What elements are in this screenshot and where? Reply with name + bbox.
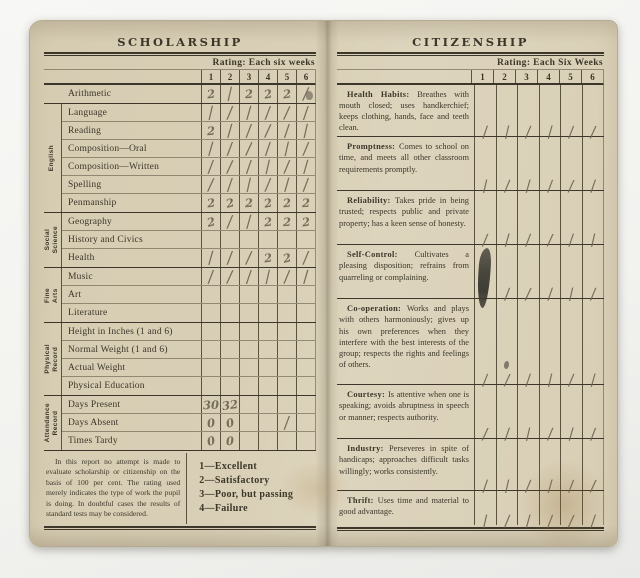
rating-cell: /	[201, 140, 220, 157]
rating-cell: /	[296, 268, 315, 285]
handwritten-mark: /	[483, 380, 488, 381]
rating-cells: 00	[201, 432, 316, 450]
group-label: English	[44, 104, 62, 212]
handwritten-mark: /	[547, 486, 552, 487]
rating-cells	[201, 231, 316, 248]
handwritten-mark: /	[246, 130, 251, 131]
handwritten-mark: 32	[222, 403, 238, 405]
rating-cell: /	[474, 491, 496, 525]
rating-cell	[277, 304, 296, 322]
subject-group: PhysicalRecordHeight in Inches (1 and 6)…	[44, 323, 316, 396]
rating-cell: /	[474, 191, 496, 244]
rating-cell: /	[296, 104, 315, 121]
rating-cell: /	[496, 299, 518, 384]
subject-row: Arithmetic2/222/	[44, 85, 316, 103]
group-label: PhysicalRecord	[44, 323, 62, 395]
subject-row: Literature	[62, 304, 316, 322]
rating-cell: /	[258, 140, 277, 157]
week-column-number: 4	[258, 70, 277, 83]
rating-cell: /	[296, 158, 315, 175]
rating-cell	[258, 304, 277, 322]
rating-cell: /	[277, 176, 296, 193]
rating-cell: /	[239, 268, 258, 285]
group-rows: Arithmetic2/222/	[44, 85, 316, 103]
item-description: Co-operation: Works and plays with other…	[337, 299, 474, 384]
legend-item: 1—Excellent	[199, 461, 316, 472]
handwritten-mark: /	[284, 422, 289, 423]
rating-cell	[239, 359, 258, 376]
handwritten-mark: /	[284, 130, 289, 131]
item-description: Health Habits: Breathes with mouth close…	[337, 85, 474, 136]
handwritten-mark: /	[208, 166, 213, 167]
rating-cell: 2	[239, 85, 258, 103]
rating-cell: /	[277, 158, 296, 175]
handwritten-mark: 2	[283, 203, 291, 204]
handwritten-mark: /	[526, 240, 531, 241]
handwritten-mark: /	[504, 486, 509, 487]
rating-cell	[258, 432, 277, 450]
subject-group: EnglishLanguage//////Reading2/////Compos…	[44, 104, 316, 213]
rating-cell: /	[517, 385, 539, 438]
rating-cell	[296, 359, 315, 376]
rating-cell	[258, 286, 277, 303]
rating-cell: /	[220, 85, 239, 103]
rating-cell	[220, 359, 239, 376]
rating-cell: /	[201, 104, 220, 121]
rating-cell: /	[258, 268, 277, 285]
legend-item: 4—Failure	[199, 503, 316, 514]
item-description: Self-Control: Cultivates a pleasing disp…	[337, 245, 474, 298]
columns-spacer	[44, 70, 201, 83]
columns-spacer	[337, 70, 471, 83]
rating-cell	[277, 286, 296, 303]
group-rows: Days Present3032Days Absent00/Times Tard…	[62, 396, 316, 450]
item-name: Promptness:	[347, 142, 399, 151]
rating-cell: 2	[201, 213, 220, 230]
rating-cell: /	[517, 299, 539, 384]
rating-cell: 2	[296, 213, 315, 230]
subject-label: Height in Inches (1 and 6)	[62, 327, 201, 337]
subject-label: Normal Weight (1 and 6)	[62, 345, 201, 355]
rating-cell: 2	[296, 194, 315, 212]
rating-cell: /	[582, 439, 604, 490]
rating-cell: 2	[201, 85, 220, 103]
handwritten-mark: 2	[264, 257, 272, 258]
subject-label: Composition—Written	[62, 162, 201, 172]
subject-label: Penmanship	[62, 198, 201, 208]
rating-cell: 0	[220, 414, 239, 431]
rating-period-row: Rating: Each six weeks	[44, 56, 316, 70]
scholarship-page-title: SCHOLARSHIP	[44, 35, 316, 49]
rating-cell: /	[239, 104, 258, 121]
rating-cells	[201, 304, 316, 322]
rating-legend: 1—Excellent2—Satisfactory3—Poor, but pas…	[187, 453, 316, 524]
rating-cell	[296, 414, 315, 431]
subject-row: Penmanship222222	[62, 194, 316, 212]
rating-cells: ///22/	[201, 249, 316, 267]
handwritten-mark: /	[569, 486, 574, 487]
rating-cell: /	[496, 85, 518, 136]
rating-period-row: Rating: Each Six Weeks	[337, 56, 604, 70]
rating-cell: 0	[201, 432, 220, 450]
subject-row: History and Civics	[62, 231, 316, 249]
rating-cell: /	[517, 137, 539, 190]
rating-cell: 2	[277, 213, 296, 230]
rating-cell: /	[539, 85, 561, 136]
handwritten-mark: 0	[207, 440, 215, 442]
rating-cell: 2	[258, 249, 277, 267]
handwritten-mark: /	[526, 380, 531, 381]
rating-cell	[220, 286, 239, 303]
rating-cells: //////	[201, 104, 316, 121]
rating-cell: /	[201, 158, 220, 175]
subject-label: Physical Education	[62, 381, 201, 391]
rating-cells: //////	[474, 385, 604, 438]
subject-label: Geography	[62, 217, 201, 227]
rating-cell: /	[496, 491, 518, 525]
citizenship-item: Reliability: Takes pride in being truste…	[337, 191, 604, 245]
rating-cell: /	[220, 213, 239, 230]
subject-row: Language//////	[62, 104, 316, 122]
rating-cell	[277, 323, 296, 340]
week-column-number: 1	[201, 70, 220, 83]
rating-cell	[277, 231, 296, 248]
rating-cell: /	[560, 439, 582, 490]
rating-cell: /	[560, 137, 582, 190]
handwritten-mark: /	[208, 257, 213, 258]
rating-cell	[239, 414, 258, 431]
handwritten-mark: /	[246, 184, 251, 185]
rating-cell: /	[560, 299, 582, 384]
rating-cell: /	[517, 85, 539, 136]
group-label-text: SocialScience	[44, 226, 60, 253]
rating-cell	[277, 396, 296, 413]
handwritten-mark: /	[504, 434, 509, 435]
citizenship-item: Co-operation: Works and plays with other…	[337, 299, 604, 385]
handwritten-mark: 2	[207, 93, 215, 94]
rating-cell: /	[539, 245, 561, 298]
group-label-text: FineArts	[44, 288, 60, 303]
group-label-word: Record	[53, 403, 61, 442]
handwritten-mark: /	[483, 132, 488, 133]
rating-cell: /	[539, 299, 561, 384]
item-name: Reliability:	[347, 196, 395, 205]
rating-cell	[258, 359, 277, 376]
handwritten-mark: /	[303, 184, 308, 185]
group-label-word: Science	[53, 226, 61, 253]
subject-group: AttendanceRecordDays Present3032Days Abs…	[44, 396, 316, 451]
handwritten-mark: 0	[226, 422, 234, 424]
handwritten-mark: 2	[207, 221, 215, 223]
rating-cell: /	[258, 176, 277, 193]
item-name: Courtesy:	[347, 390, 388, 399]
handwritten-mark: /	[547, 186, 552, 187]
rating-cell	[277, 359, 296, 376]
handwritten-mark: /	[483, 521, 488, 522]
rating-cell: 30	[201, 396, 220, 413]
rating-cell	[239, 231, 258, 248]
handwritten-mark: 30	[203, 404, 219, 405]
handwritten-mark: /	[265, 112, 270, 113]
subject-label: Actual Weight	[62, 363, 201, 373]
citizenship-page-title: CITIZENSHIP	[337, 35, 604, 49]
subject-row: Reading2/////	[62, 122, 316, 140]
rating-cell	[277, 432, 296, 450]
rating-cell	[220, 377, 239, 395]
rating-cell: /	[277, 414, 296, 431]
handwritten-mark: /	[504, 240, 509, 241]
item-name: Industry:	[347, 444, 389, 453]
rating-cell	[239, 323, 258, 340]
group-label-word: English	[48, 145, 56, 171]
rating-cell: 32	[220, 396, 239, 413]
rating-cells: //////	[474, 439, 604, 490]
handwritten-mark: /	[483, 486, 488, 487]
subject-row: Times Tardy00	[62, 432, 316, 450]
citizenship-item: Promptness: Comes to school on time, and…	[337, 137, 604, 191]
rating-cell: /	[539, 439, 561, 490]
rating-cell: /	[582, 299, 604, 384]
week-column-number: 5	[559, 70, 581, 83]
rating-cell: /	[496, 137, 518, 190]
rating-cell: /	[560, 191, 582, 244]
rating-cell: 2	[277, 85, 296, 103]
rating-cell	[258, 414, 277, 431]
rating-cells: 2/222/	[201, 85, 316, 103]
group-label-text: PhysicalRecord	[44, 344, 60, 374]
scholarship-table: Arithmetic2/222/EnglishLanguage//////Rea…	[44, 85, 316, 451]
subject-label: Times Tardy	[62, 436, 201, 446]
rating-cells	[201, 286, 316, 303]
rating-cells: //////	[201, 158, 316, 175]
handwritten-mark: /	[265, 148, 270, 149]
rating-cells: //////	[201, 268, 316, 285]
handwritten-mark: /	[526, 521, 531, 522]
handwritten-mark: /	[504, 132, 509, 133]
handwritten-mark: /	[590, 186, 595, 187]
rating-cell: /	[496, 191, 518, 244]
rating-cell: /	[582, 191, 604, 244]
subject-group: SocialScienceGeography2//222History and …	[44, 213, 316, 268]
item-description: Reliability: Takes pride in being truste…	[337, 191, 474, 244]
subject-label: Language	[62, 108, 201, 118]
rating-cell	[239, 304, 258, 322]
subject-row: Music//////	[62, 268, 316, 286]
rating-cell: /	[220, 176, 239, 193]
rating-cell: /	[539, 385, 561, 438]
rating-cell: /	[560, 245, 582, 298]
rating-cells: //////	[201, 176, 316, 193]
rating-cells: //////	[474, 191, 604, 244]
handwritten-mark: 2	[264, 93, 272, 95]
rating-period-label: Rating: Each Six Weeks	[497, 58, 603, 68]
week-columns-header: 123456	[44, 70, 316, 85]
handwritten-mark: /	[227, 258, 232, 259]
rating-cell	[296, 396, 315, 413]
rating-cell	[220, 341, 239, 358]
handwritten-mark: /	[284, 148, 289, 149]
legend-item: 2—Satisfactory	[199, 475, 316, 486]
rating-cell: /	[258, 158, 277, 175]
handwritten-mark: /	[590, 521, 595, 522]
left-page: SCHOLARSHIP Rating: Each six weeks 12345…	[30, 21, 326, 546]
subject-label: Days Present	[62, 400, 201, 410]
right-bottom-rule	[337, 527, 604, 531]
rating-cell: 2	[277, 249, 296, 267]
rating-cell: /	[201, 249, 220, 267]
handwritten-mark: /	[303, 112, 308, 113]
rating-cell: /	[474, 439, 496, 490]
rating-cells	[201, 323, 316, 340]
handwritten-mark: /	[265, 276, 270, 277]
subject-label: Reading	[62, 126, 201, 136]
report-card: SCHOLARSHIP Rating: Each six weeks 12345…	[29, 20, 618, 547]
rating-cell: /	[517, 491, 539, 525]
rating-cell: 2	[258, 213, 277, 230]
handwritten-mark: 2	[226, 202, 234, 204]
rating-cell: /	[258, 122, 277, 139]
week-column-number: 5	[277, 70, 296, 83]
handwritten-mark: /	[547, 132, 552, 133]
handwritten-mark: /	[227, 93, 232, 94]
rating-cell: /	[239, 122, 258, 139]
legend-item: 3—Poor, but passing	[199, 489, 316, 500]
handwritten-mark: 2	[245, 94, 253, 95]
item-name: Self-Control:	[347, 250, 415, 259]
week-column-number: 6	[581, 70, 603, 83]
group-rows: Geography2//222History and CivicsHealth/…	[62, 213, 316, 267]
handwritten-mark: /	[303, 276, 308, 277]
rating-cell: /	[496, 439, 518, 490]
rating-cell: 0	[220, 432, 239, 450]
rating-cell: /	[296, 249, 315, 267]
rating-cell: /	[277, 122, 296, 139]
week-column-number: 1	[471, 70, 493, 83]
rating-cell: /	[220, 122, 239, 139]
rating-cell: /	[582, 491, 604, 525]
rating-cell	[296, 341, 315, 358]
rating-cell: /	[539, 137, 561, 190]
rating-cell: /	[517, 439, 539, 490]
rating-cell: 2	[239, 194, 258, 212]
rating-cell: /	[201, 268, 220, 285]
subject-label: Composition—Oral	[62, 144, 201, 154]
handwritten-mark: /	[227, 184, 232, 185]
handwritten-mark: 0	[226, 441, 234, 442]
subject-row: Actual Weight	[62, 359, 316, 377]
item-name: Co-operation:	[347, 304, 407, 313]
rating-cell	[201, 323, 220, 340]
handwritten-mark: /	[547, 294, 552, 295]
handwritten-mark: /	[227, 148, 232, 149]
handwritten-mark: /	[526, 186, 531, 187]
item-name: Thrift:	[347, 496, 378, 505]
week-column-number: 6	[296, 70, 315, 83]
group-rows: Music//////ArtLiterature	[62, 268, 316, 322]
rating-cell: 2	[277, 194, 296, 212]
citizenship-item: Health Habits: Breathes with mouth close…	[337, 85, 604, 137]
handwritten-mark: /	[569, 434, 574, 435]
handwritten-mark: /	[208, 112, 213, 113]
subject-label: Music	[62, 272, 201, 282]
subject-row: Spelling//////	[62, 176, 316, 194]
handwritten-mark: /	[483, 186, 488, 187]
rating-cell	[201, 286, 220, 303]
group-label-word: Arts	[53, 288, 61, 303]
rating-cells: 2//222	[201, 213, 316, 230]
handwritten-mark: /	[208, 148, 213, 149]
rating-cell	[277, 377, 296, 395]
citizenship-item: Industry: Perseveres in spite of handica…	[337, 439, 604, 491]
week-column-number: 4	[537, 70, 559, 83]
subject-label: Literature	[62, 308, 201, 318]
handwritten-mark: /	[246, 112, 251, 113]
group-label: AttendanceRecord	[44, 396, 62, 450]
subject-label: Days Absent	[62, 418, 201, 428]
rating-cells: //////	[474, 299, 604, 384]
rating-cell	[239, 432, 258, 450]
handwritten-mark: /	[590, 240, 595, 241]
handwritten-mark: /	[208, 276, 213, 277]
subject-label: Art	[62, 290, 201, 300]
report-note: In this report no attempt is made to eva…	[44, 453, 187, 524]
handwritten-mark: /	[590, 380, 595, 381]
rating-cell	[296, 377, 315, 395]
rating-cell	[201, 341, 220, 358]
rating-cell: /	[560, 491, 582, 525]
subject-row: Geography2//222	[62, 213, 316, 231]
citizenship-table: Health Habits: Breathes with mouth close…	[337, 85, 604, 525]
subject-row: Health///22/	[62, 249, 316, 267]
rating-cells: //////	[474, 491, 604, 525]
rating-cells	[201, 377, 316, 395]
rating-cell: /	[296, 122, 315, 139]
handwritten-mark: /	[246, 276, 251, 277]
handwritten-mark: /	[547, 521, 552, 522]
rating-cell: /	[582, 245, 604, 298]
handwritten-mark: /	[590, 434, 595, 435]
rating-cell	[258, 377, 277, 395]
rating-cell	[201, 231, 220, 248]
rating-cells: //////	[474, 137, 604, 190]
subject-label: Spelling	[62, 180, 201, 190]
rating-cell: /	[239, 213, 258, 230]
subject-row: Art	[62, 286, 316, 304]
rating-cell: /	[539, 191, 561, 244]
rating-cell: /	[220, 158, 239, 175]
rating-period-label: Rating: Each six weeks	[213, 58, 315, 68]
subject-label: Health	[62, 253, 201, 263]
rating-cell	[239, 341, 258, 358]
rating-cells: /////	[474, 245, 604, 298]
handwritten-mark: 2	[207, 130, 215, 131]
subject-row: Height in Inches (1 and 6)	[62, 323, 316, 341]
group-label-text: English	[48, 145, 56, 171]
handwritten-mark: 2	[245, 203, 253, 204]
rating-cell	[296, 286, 315, 303]
rating-cell: /	[539, 491, 561, 525]
rating-cell: 0	[201, 414, 220, 431]
rating-cell: /	[582, 85, 604, 136]
handwritten-mark: /	[504, 294, 509, 295]
rating-cell: /	[277, 140, 296, 157]
rating-cells: 2/////	[201, 122, 316, 139]
rating-cells: //////	[201, 140, 316, 157]
handwritten-mark: /	[284, 184, 289, 185]
rating-cell: /	[239, 140, 258, 157]
rating-cell: /	[296, 140, 315, 157]
handwritten-mark: 2	[283, 257, 291, 259]
